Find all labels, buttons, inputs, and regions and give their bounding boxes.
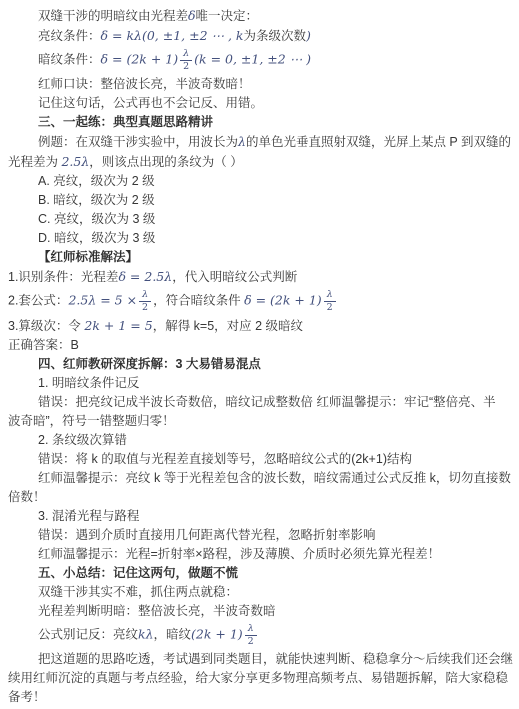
text-run: 记住这句话，公式再也不会记反、用错。 [38,96,263,110]
text-run: 把这道题的思路吃透，考试遇到同类题目，就能快速判断、稳稳拿分～后续我们还会继 [38,652,513,666]
section-5-heading: 五、小总结：记住这两句，做题不慌 [8,564,513,583]
text-run: 红师温馨提示：亮纹 k 等于光程差包含的波长数，暗纹需通过公式反推 k，切勿直接… [38,471,511,485]
option-a: A. 亮纹，级次为 2 级 [8,172,513,191]
text-run: 波奇暗”，符号一错整题归零！ [8,414,175,428]
math-run: δ [188,8,196,23]
math-run: kλ [138,626,154,641]
intro-line: 双缝干涉的明暗纹由光程差δ唯一决定： [8,6,513,26]
text-run: 【红师标准解法】 [38,250,138,264]
mistake-2-tip-line-1: 红师温馨提示：亮纹 k 等于光程差包含的波长数，暗纹需通过公式反推 k，切勿直接… [8,469,513,488]
text-run: ，解得 k=5，对应 2 级暗纹 [153,319,303,333]
math-run: (2k + 1) [191,626,243,641]
text-run: 公式别记反：亮纹 [38,627,138,641]
math-run: 2k + 1 = 5 [84,318,152,333]
summary-point-1: 光程差判断明暗：整倍波长亮，半波奇数暗 [8,602,513,621]
text-run: 错误：遇到介质时直接用几何距离代替光程，忽略折射率影响 [38,528,376,542]
text-run: 唯一决定： [196,9,259,23]
text-run: 红师温馨提示：光程=折射率×路程，涉及薄膜、介质时必须先算光程差！ [38,547,440,561]
fraction-numerator: λ [139,290,151,302]
summary-point-2: 公式别记反：亮纹kλ，暗纹(2k + 1)λ2 [8,621,513,650]
text-run: 暗纹条件： [38,52,101,66]
math-run: δ = kλ(0, ±1, ±2 ⋯ , k [101,28,244,43]
closing-line-3: 备考！ [8,688,513,707]
math-run: ) [306,28,311,43]
text-run: 2.套公式： [8,293,68,307]
fraction-numerator: λ [180,49,192,61]
fraction-denominator: 2 [183,61,189,72]
text-run: 光程差为 [8,155,61,169]
text-run: 五、小总结：记住这两句，做题不慌 [38,566,238,580]
option-b: B. 暗纹，级次为 2 级 [8,191,513,210]
fraction: λ2 [180,49,192,71]
fraction: λ2 [324,290,336,312]
math-run: λ [238,134,246,149]
fraction-denominator: 2 [142,302,148,313]
answer-line: 正确答案：B [8,336,513,355]
document-page: { "page": { "background": "#ffffff", "te… [0,0,519,709]
mistake-1-title: 1. 明暗纹条件记反 [8,374,513,393]
text-run: 2. 条纹级次算错 [38,433,127,447]
text-run: 错误：把亮纹记成半波长奇数倍，暗纹记成整数倍 红师温馨提示：牢记“整倍亮、半 [38,395,496,409]
mnemonic-note: 记住这句话，公式再也不会记反、用错。 [8,94,513,113]
text-run: 3. 混淆光程与路程 [38,509,139,523]
text-run: 红师口诀：整倍波长亮，半波奇数暗！ [38,77,251,91]
text-run: 1. 明暗纹条件记反 [38,376,139,390]
text-run: ，符合暗纹条件 [153,293,244,307]
text-run: 3.算级次：令 [8,319,84,333]
mnemonic-line: 红师口诀：整倍波长亮，半波奇数暗！ [8,75,513,94]
text-run: 双缝干涉的明暗纹由光程差 [38,9,188,23]
text-run: 例题：在双缝干涉实验中，用波长为 [38,135,238,149]
text-run: 双缝干涉其实不难，抓住两点就稳： [38,585,238,599]
mistake-2-error: 错误：将 k 的取值与光程差直接划等号，忽略暗纹公式的(2k+1)结构 [8,450,513,469]
fraction-numerator: λ [245,624,257,636]
text-run: 四、红师教研深度拆解：3 大易错易混点 [38,357,261,371]
example-question-line-1: 例题：在双缝干涉实验中，用波长为λ的单色光垂直照射双缝，光屏上某点 P 到双缝的 [8,132,513,152]
text-run: 的单色光垂直照射双缝，光屏上某点 P 到双缝的 [246,135,511,149]
section-4-heading: 四、红师教研深度拆解：3 大易错易混点 [8,355,513,374]
text-run: 错误：将 k 的取值与光程差直接划等号，忽略暗纹公式的(2k+1)结构 [38,452,412,466]
fraction-denominator: 2 [327,302,333,313]
solution-step-2: 2.套公式：2.5λ = 5 ×λ2，符合暗纹条件 δ = (2k + 1)λ2 [8,287,513,316]
math-run: (k = 0, ±1, ±2 ⋯ ) [194,51,311,66]
bright-fringe-condition: 亮纹条件：δ = kλ(0, ±1, ±2 ⋯ , k为条级次数) [8,26,513,46]
mistake-3-title: 3. 混淆光程与路程 [8,507,513,526]
solution-heading: 【红师标准解法】 [8,248,513,267]
text-run: 正确答案：B [8,338,79,352]
text-run: 光程差判断明暗：整倍波长亮，半波奇数暗 [38,604,276,618]
document-body: 双缝干涉的明暗纹由光程差δ唯一决定：亮纹条件：δ = kλ(0, ±1, ±2 … [0,0,519,707]
text-run: A. 亮纹，级次为 2 级 [38,174,155,188]
text-run: 1.识别条件：光程差 [8,270,118,284]
text-run: C. 亮纹，级次为 3 级 [38,212,155,226]
option-c: C. 亮纹，级次为 3 级 [8,210,513,229]
text-run: ，则该点出现的条纹为（ ） [89,155,242,169]
solution-step-1: 1.识别条件：光程差δ = 2.5λ，代入明暗纹公式判断 [8,267,513,287]
closing-line-1: 把这道题的思路吃透，考试遇到同类题目，就能快速判断、稳稳拿分～后续我们还会继 [8,650,513,669]
mistake-2-title: 2. 条纹级次算错 [8,431,513,450]
text-run: 倍数！ [8,490,46,504]
fraction: λ2 [245,624,257,646]
text-run: B. 暗纹，级次为 2 级 [38,193,155,207]
example-question-line-2: 光程差为 2.5λ，则该点出现的条纹为（ ） [8,152,513,172]
text-run: ，代入明暗纹公式判断 [172,270,297,284]
summary-intro: 双缝干涉其实不难，抓住两点就稳： [8,583,513,602]
closing-line-2: 续用红师沉淀的真题与考点经验，给大家分享更多物理高频考点、易错题拆解，陪大家稳稳 [8,669,513,688]
text-run: 备考！ [8,690,46,704]
mistake-3-error: 错误：遇到介质时直接用几何距离代替光程，忽略折射率影响 [8,526,513,545]
math-run: 2.5λ = 5 × [68,292,137,307]
math-run: δ = (2k + 1) [101,51,179,66]
mistake-1-error-line-2: 波奇暗”，符号一错整题归零！ [8,412,513,431]
text-run: 为条级次数 [244,29,307,43]
fraction-numerator: λ [324,290,336,302]
math-run: δ = 2.5λ [118,269,172,284]
dark-fringe-condition: 暗纹条件：δ = (2k + 1)λ2(k = 0, ±1, ±2 ⋯ ) [8,46,513,75]
math-run: δ = (2k + 1) [244,292,322,307]
mistake-1-error-line-1: 错误：把亮纹记成半波长奇数倍，暗纹记成整数倍 红师温馨提示：牢记“整倍亮、半 [8,393,513,412]
text-run: ，暗纹 [154,627,192,641]
text-run: 三、一起练：典型真题思路精讲 [38,115,213,129]
mistake-3-tip: 红师温馨提示：光程=折射率×路程，涉及薄膜、介质时必须先算光程差！ [8,545,513,564]
mistake-2-tip-line-2: 倍数！ [8,488,513,507]
math-run: 2.5λ [61,154,89,169]
text-run: D. 暗纹，级次为 3 级 [38,231,155,245]
text-run: 续用红师沉淀的真题与考点经验，给大家分享更多物理高频考点、易错题拆解，陪大家稳稳 [8,671,508,685]
text-run: 亮纹条件： [38,29,101,43]
fraction: λ2 [139,290,151,312]
fraction-denominator: 2 [248,636,254,647]
option-d: D. 暗纹，级次为 3 级 [8,229,513,248]
solution-step-3: 3.算级次：令 2k + 1 = 5，解得 k=5，对应 2 级暗纹 [8,316,513,336]
section-3-heading: 三、一起练：典型真题思路精讲 [8,113,513,132]
